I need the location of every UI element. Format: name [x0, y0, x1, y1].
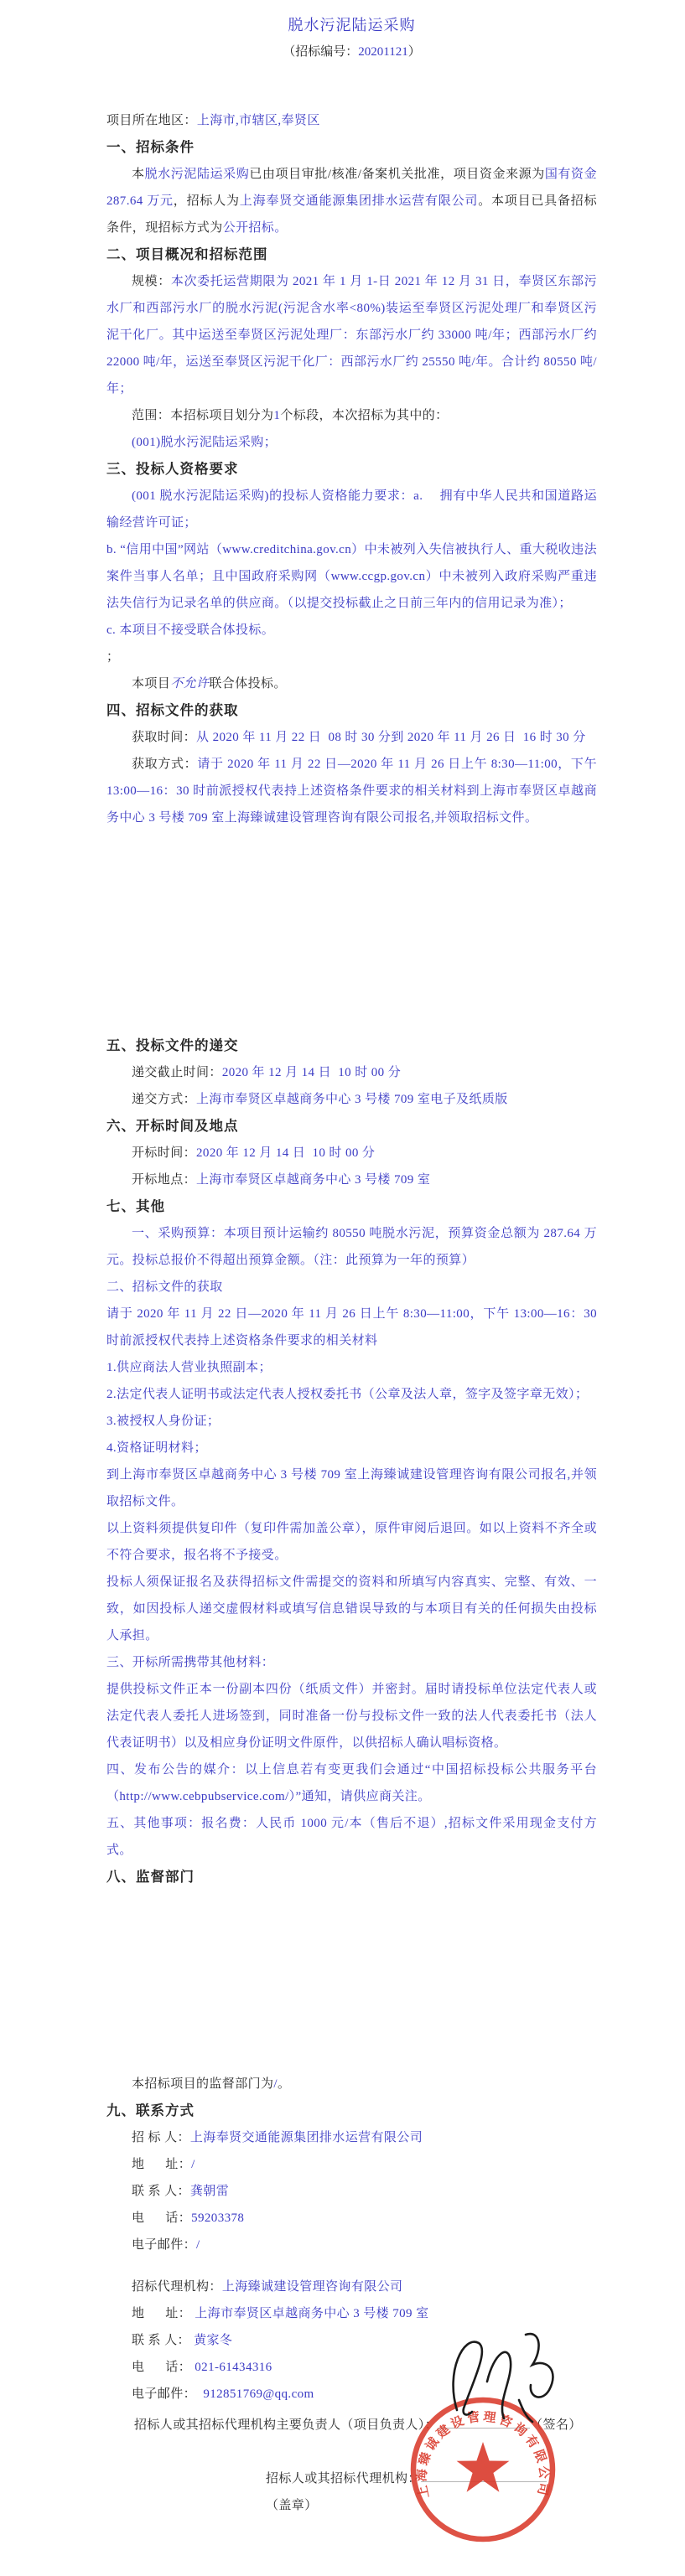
text-run: ） [408, 45, 421, 59]
text-run: 开标地点： [132, 1173, 196, 1187]
signature-line-2-suffix: （盖章） [266, 2499, 318, 2512]
supervision-line: 本招标项目的监督部门为/。 [106, 2071, 597, 2098]
section-heading-8: 八、监督部门 [106, 1864, 597, 1891]
section-heading-5: 五、投标文件的递交 [106, 1032, 597, 1059]
text-run: 范围：本招标项目划分为 [132, 409, 273, 422]
text-run: 开标时间： [132, 1146, 196, 1160]
agency-name-line: 招标代理机构：上海臻诚建设管理咨询有限公司 [106, 2273, 597, 2300]
section-heading-9: 九、联系方式 [106, 2098, 597, 2124]
material-item-4: 4.资格证明材料； [106, 1435, 597, 1461]
text-run: 公开招标。 [223, 221, 288, 235]
tenderer-address-line: 地 址：/ [106, 2151, 597, 2178]
text-run: 上海市奉贤区卓越商务中心 3 号楼 709 室 [195, 2307, 428, 2320]
truthfulness-paragraph: 投标人须保证报名及获得招标文件需提交的资料和所填写内容真实、完整、有效、一致，如… [106, 1569, 597, 1649]
text-run: 3.被授权人身份证； [106, 1415, 220, 1428]
other-fee-paragraph: 五、其他事项：报名费：人民币 1000 元/本（售后不退）,招标文件采用现金支付… [106, 1810, 597, 1864]
section-heading-6: 六、开标时间及地点 [106, 1113, 597, 1140]
section-heading-3: 三、投标人资格要求 [106, 456, 597, 483]
section-heading-2: 二、项目概况和招标范围 [106, 241, 597, 268]
text-run: 获取方式： [132, 758, 197, 771]
text-run: 获取时间： [132, 731, 196, 744]
text-run: 上海市奉贤区卓越商务中心 3 号楼 709 室电子及纸质版 [196, 1093, 508, 1106]
semicolon-line: ； [106, 644, 597, 670]
scale-paragraph: 规模：本次委托运营期限为 2021 年 1 月 1-日 2021 年 12 月 … [106, 268, 597, 402]
spacer-mid-2 [106, 1891, 597, 2071]
text-run: 20201121 [358, 45, 407, 59]
text-run: ，招标人为 [174, 194, 240, 208]
text-run: 二、项目概况和招标范围 [106, 246, 268, 262]
spacer-mid-1 [106, 831, 597, 1032]
text-run: 投标人须保证报名及获得招标文件需提交的资料和所填写内容真实、完整、有效、一致，如… [106, 1575, 597, 1642]
section-heading-1: 一、招标条件 [106, 134, 597, 161]
other-budget-paragraph: 一、采购预算：本项目预计运输约 80550 吨脱水污泥，预算资金总额为 287.… [106, 1220, 597, 1274]
tender-announcement-page: 脱水污泥陆运采购（招标编号：20201121）项目所在地区：上海市,市辖区,奉贤… [0, 0, 685, 2576]
document-body: 脱水污泥陆运采购（招标编号：20201121）项目所在地区：上海市,市辖区,奉贤… [0, 0, 685, 2408]
text-run: 招 标 人： [132, 2131, 190, 2144]
text-run: （招标编号： [283, 45, 358, 59]
other-obtain-paragraph: 请于 2020 年 11 月 22 日—2020 年 11 月 26 日上午 8… [106, 1301, 597, 1354]
spacer-top [106, 65, 597, 107]
project-region-line: 项目所在地区：上海市,市辖区,奉贤区 [106, 107, 597, 134]
agency-address-line: 地 址： 上海市奉贤区卓越商务中心 3 号楼 709 室 [106, 2300, 597, 2327]
tenderer-email-line: 电子邮件：/ [106, 2232, 597, 2258]
spacer-contact [106, 2258, 597, 2273]
text-run: 联 系 人： [132, 2185, 190, 2198]
seal-star [457, 2442, 510, 2492]
signature-line-2-text: 招标人或其招标代理机构： [266, 2472, 421, 2485]
material-item-3: 3.被授权人身份证； [106, 1408, 597, 1435]
copy-requirement-paragraph: 以上资料须提供复印件（复印件需加盖公章），原件审阅后退回。如以上资料不齐全或不符… [106, 1515, 597, 1569]
text-run: 上海奉贤交通能源集团排水运营有限公司 [190, 2131, 423, 2144]
announcement-media-paragraph: 四、发布公告的媒介：以上信息若有变更我们会通过“中国招标投标公共服务平台（htt… [106, 1756, 597, 1810]
text-run: 五、投标文件的递交 [106, 1037, 239, 1053]
text-run: 四、招标文件的获取 [106, 702, 239, 718]
text-run: 59203378 [191, 2211, 244, 2225]
text-run: 项目所在地区： [106, 114, 197, 127]
range-line: 范围：本招标项目划分为1个标段，本次招标为其中的： [106, 402, 597, 429]
tenderer-name-line: 招 标 人：上海奉贤交通能源集团排水运营有限公司 [106, 2124, 597, 2151]
text-run: 上海奉贤交通能源集团排水运营有限公司 [240, 194, 478, 208]
text-run: 八、监督部门 [106, 1869, 195, 1885]
text-run: 到上海市奉贤区卓越商务中心 3 号楼 709 室上海臻诚建设管理咨询有限公司报名… [106, 1468, 597, 1508]
text-run: 上海市,市辖区,奉贤区 [197, 114, 320, 127]
obtain-time-line: 获取时间：从 2020 年 11 月 22 日 08 时 30 分到 2020 … [106, 724, 597, 751]
text-run: (001 脱水污泥陆运采购)的投标人资格能力要求：a. 拥有中华人民共和国道路运… [106, 489, 597, 530]
text-run: 三、开标所需携带其他材料： [106, 1656, 274, 1669]
text-run: 本次委托运营期限为 2021 年 1 月 1-日 2021 年 12 月 31 … [106, 275, 597, 396]
text-run: 二、招标文件的获取 [106, 1280, 223, 1294]
material-item-1: 1.供应商法人营业执照副本； [106, 1354, 597, 1381]
text-run: 1.供应商法人营业执照副本； [106, 1361, 272, 1374]
other-materials-heading: 三、开标所需携带其他材料： [106, 1649, 597, 1676]
text-run: (001)脱水污泥陆运采购； [132, 436, 277, 449]
open-place-line: 开标地点：上海市奉贤区卓越商务中心 3 号楼 709 室 [106, 1166, 597, 1193]
text-run: 地 址： [132, 2158, 191, 2171]
text-run: 脱水污泥陆运采购 [288, 17, 416, 34]
tender-number-line: （招标编号：20201121） [106, 39, 597, 65]
text-run: 规模： [132, 275, 171, 288]
qualification-a: (001 脱水污泥陆运采购)的投标人资格能力要求：a. 拥有中华人民共和国道路运… [106, 483, 597, 536]
registration-address-paragraph: 到上海市奉贤区卓越商务中心 3 号楼 709 室上海臻诚建设管理咨询有限公司报名… [106, 1461, 597, 1515]
text-run: 电子邮件： [132, 2238, 196, 2252]
text-run: ； [106, 650, 119, 664]
text-run: / [196, 2238, 200, 2252]
qualification-b: b. “信用中国”网站（www.creditchina.gov.cn）中未被列入… [106, 536, 597, 617]
signature-scribble [439, 2328, 564, 2429]
material-item-2: 2.法定代表人证明书或法定代表人授权委托书（公章及法人章，签字及签字章无效）； [106, 1381, 597, 1408]
text-run: 三、投标人资格要求 [106, 461, 239, 477]
text-run: 电 话： [132, 2211, 191, 2225]
text-run: 招标代理机构： [132, 2280, 222, 2294]
text-run: b. “信用中国”网站（www.creditchina.gov.cn）中未被列入… [106, 543, 597, 610]
submit-deadline-line: 递交截止时间：2020 年 12 月 14 日 10 时 00 分 [106, 1059, 597, 1086]
signature-area: 招标人或其招标代理机构主要负责人（项目负责人）：（签名） 招标人或其招标代理机构… [106, 2331, 597, 2576]
text-run: 2020 年 12 月 14 日 10 时 00 分 [222, 1066, 401, 1079]
text-run: 一、采购预算：本项目预计运输约 80550 吨脱水污泥，预算资金总额为 287.… [106, 1227, 597, 1267]
text-run: 七、其他 [106, 1198, 165, 1214]
qualification-c: c. 本项目不接受联合体投标。 [106, 617, 597, 644]
tenderer-contact-line: 联 系 人：龚朝雷 [106, 2178, 597, 2205]
text-run: 本招标项目的监督部门为 [132, 2077, 273, 2091]
text-run: 提供投标文件正本一份副本四份（纸质文件）并密封。届时请投标单位法定代表人或法定代… [106, 1683, 597, 1750]
document-title: 脱水污泥陆运采购 [106, 12, 597, 39]
open-time-line: 开标时间：2020 年 12 月 14 日 10 时 00 分 [106, 1140, 597, 1166]
text-run: 地 址： [132, 2307, 195, 2320]
submit-method-line: 递交方式：上海市奉贤区卓越商务中心 3 号楼 709 室电子及纸质版 [106, 1086, 597, 1113]
text-run: 4.资格证明材料； [106, 1441, 207, 1455]
text-run: 本 [132, 168, 145, 181]
text-run: 上海市奉贤区卓越商务中心 3 号楼 709 室 [196, 1173, 430, 1187]
text-run: 一、招标条件 [106, 139, 195, 155]
section-heading-7: 七、其他 [106, 1193, 597, 1220]
text-run: 。 [278, 2077, 290, 2091]
text-run: 个标段，本次招标为其中的： [280, 409, 448, 422]
section-heading-4: 四、招标文件的获取 [106, 697, 597, 724]
text-run: 递交截止时间： [132, 1066, 222, 1079]
text-run: 以上资料须提供复印件（复印件需加盖公章），原件审阅后退回。如以上资料不齐全或不符… [106, 1522, 597, 1562]
text-run: 2.法定代表人证明书或法定代表人授权委托书（公章及法人章，签字及签字章无效）； [106, 1388, 588, 1401]
text-run: 请于 2020 年 11 月 22 日—2020 年 11 月 26 日上午 8… [106, 1307, 597, 1347]
text-run: 不允许 [170, 677, 209, 691]
text-run: c. 本项目不接受联合体投标。 [106, 623, 274, 637]
no-consortium-line: 本项目不允许联合体投标。 [106, 670, 597, 697]
text-run: 递交方式： [132, 1093, 196, 1106]
text-run: 脱水污泥陆运采购 [145, 168, 250, 181]
text-run: 联合体投标。 [209, 677, 286, 691]
text-run: 2020 年 12 月 14 日 10 时 00 分 [196, 1146, 375, 1160]
obtain-method-paragraph: 获取方式：请于 2020 年 11 月 22 日—2020 年 11 月 26 … [106, 751, 597, 831]
text-run: 龚朝雷 [190, 2185, 229, 2198]
text-run: 四、发布公告的媒介：以上信息若有变更我们会通过“中国招标投标公共服务平台（htt… [106, 1763, 597, 1803]
text-run: 从 2020 年 11 月 22 日 08 时 30 分到 2020 年 11 … [196, 731, 586, 744]
other-obtain-heading: 二、招标文件的获取 [106, 1274, 597, 1301]
text-run: 六、开标时间及地点 [106, 1118, 239, 1134]
text-run: 九、联系方式 [106, 2103, 195, 2118]
tenderer-phone-line: 电 话：59203378 [106, 2205, 597, 2232]
text-run: 已由项目审批/核准/备案机关批准，项目资金来源为 [249, 168, 545, 181]
text-run: 本项目 [132, 677, 170, 691]
text-run: 五、其他事项：报名费：人民币 1000 元/本（售后不退）,招标文件采用现金支付… [106, 1817, 597, 1857]
tender-conditions-paragraph: 本脱水污泥陆运采购已由项目审批/核准/备案机关批准，项目资金来源为国有资金 28… [106, 161, 597, 241]
signature-line-1-text: 招标人或其招标代理机构主要负责人（项目负责人）： [134, 2418, 438, 2432]
text-run: 上海臻诚建设管理咨询有限公司 [222, 2280, 403, 2294]
lot-line: (001)脱水污泥陆运采购； [106, 429, 597, 456]
other-materials-paragraph: 提供投标文件正本一份副本四份（纸质文件）并密封。届时请投标单位法定代表人或法定代… [106, 1676, 597, 1756]
text-run: / [191, 2158, 195, 2171]
